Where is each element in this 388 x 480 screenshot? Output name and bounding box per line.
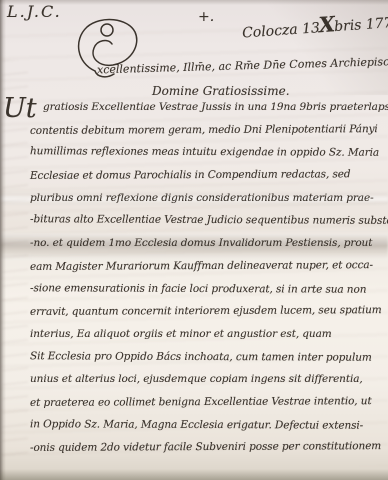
cross-mark: +. <box>198 9 214 25</box>
dateline-month-rest: bris <box>334 17 362 35</box>
body-line: Sit Ecclesia pro Oppido Bács inchoata, c… <box>30 350 386 374</box>
invocation-ljc: L.J.C. <box>7 2 62 21</box>
body-line: -no. et quidem 1mo Ecclesia domus Invali… <box>30 237 386 260</box>
page-edge-shadow-left <box>0 0 6 480</box>
body-line: in Oppido Sz. Maria, Magna Ecclesia erig… <box>30 418 386 442</box>
body-line: gratiosis Excellentiae Vestrae Jussis in… <box>30 101 386 124</box>
body-line: erravit, quantum concernit interiorem ej… <box>30 304 386 329</box>
body-line: et praeterea eo collimet benigna Excelle… <box>30 395 386 420</box>
body-line: -sione emensurationis in facie loci prod… <box>30 282 386 306</box>
page-edge-shadow-bottom <box>0 469 388 480</box>
body-line: eam Magister Murariorum Kauffman delinea… <box>30 259 386 284</box>
body-line: interius, Ea aliquot orgiis et minor et … <box>30 328 386 351</box>
body-line: -bituras alto Excellentiae Vestrae Judic… <box>30 214 386 238</box>
body-line: Ecclesiae et domus Parochialis in Compen… <box>30 168 386 193</box>
corner-fold-shading <box>228 0 388 95</box>
manuscript-letter-photo: L.J.C. +. Colocza 13Xbris 1773 xcellenti… <box>0 0 388 480</box>
body-line: contentis debitum morem geram, medio Dni… <box>30 123 386 148</box>
body-line: humillimas reflexiones meas intuitu exig… <box>30 146 386 170</box>
body-text: gratiosis Excellentiae Vestrae Jussis in… <box>30 101 386 464</box>
dateline-year: 1773 <box>365 14 388 32</box>
body-line: pluribus omni reflexione dignis consider… <box>30 192 386 215</box>
body-line: unius et alterius loci, ejusdemque copia… <box>30 373 386 396</box>
salutation-line2: Domine Gratiosissime. <box>152 84 290 98</box>
body-line: -onis quidem 2do videtur facile Subvenir… <box>30 440 386 465</box>
